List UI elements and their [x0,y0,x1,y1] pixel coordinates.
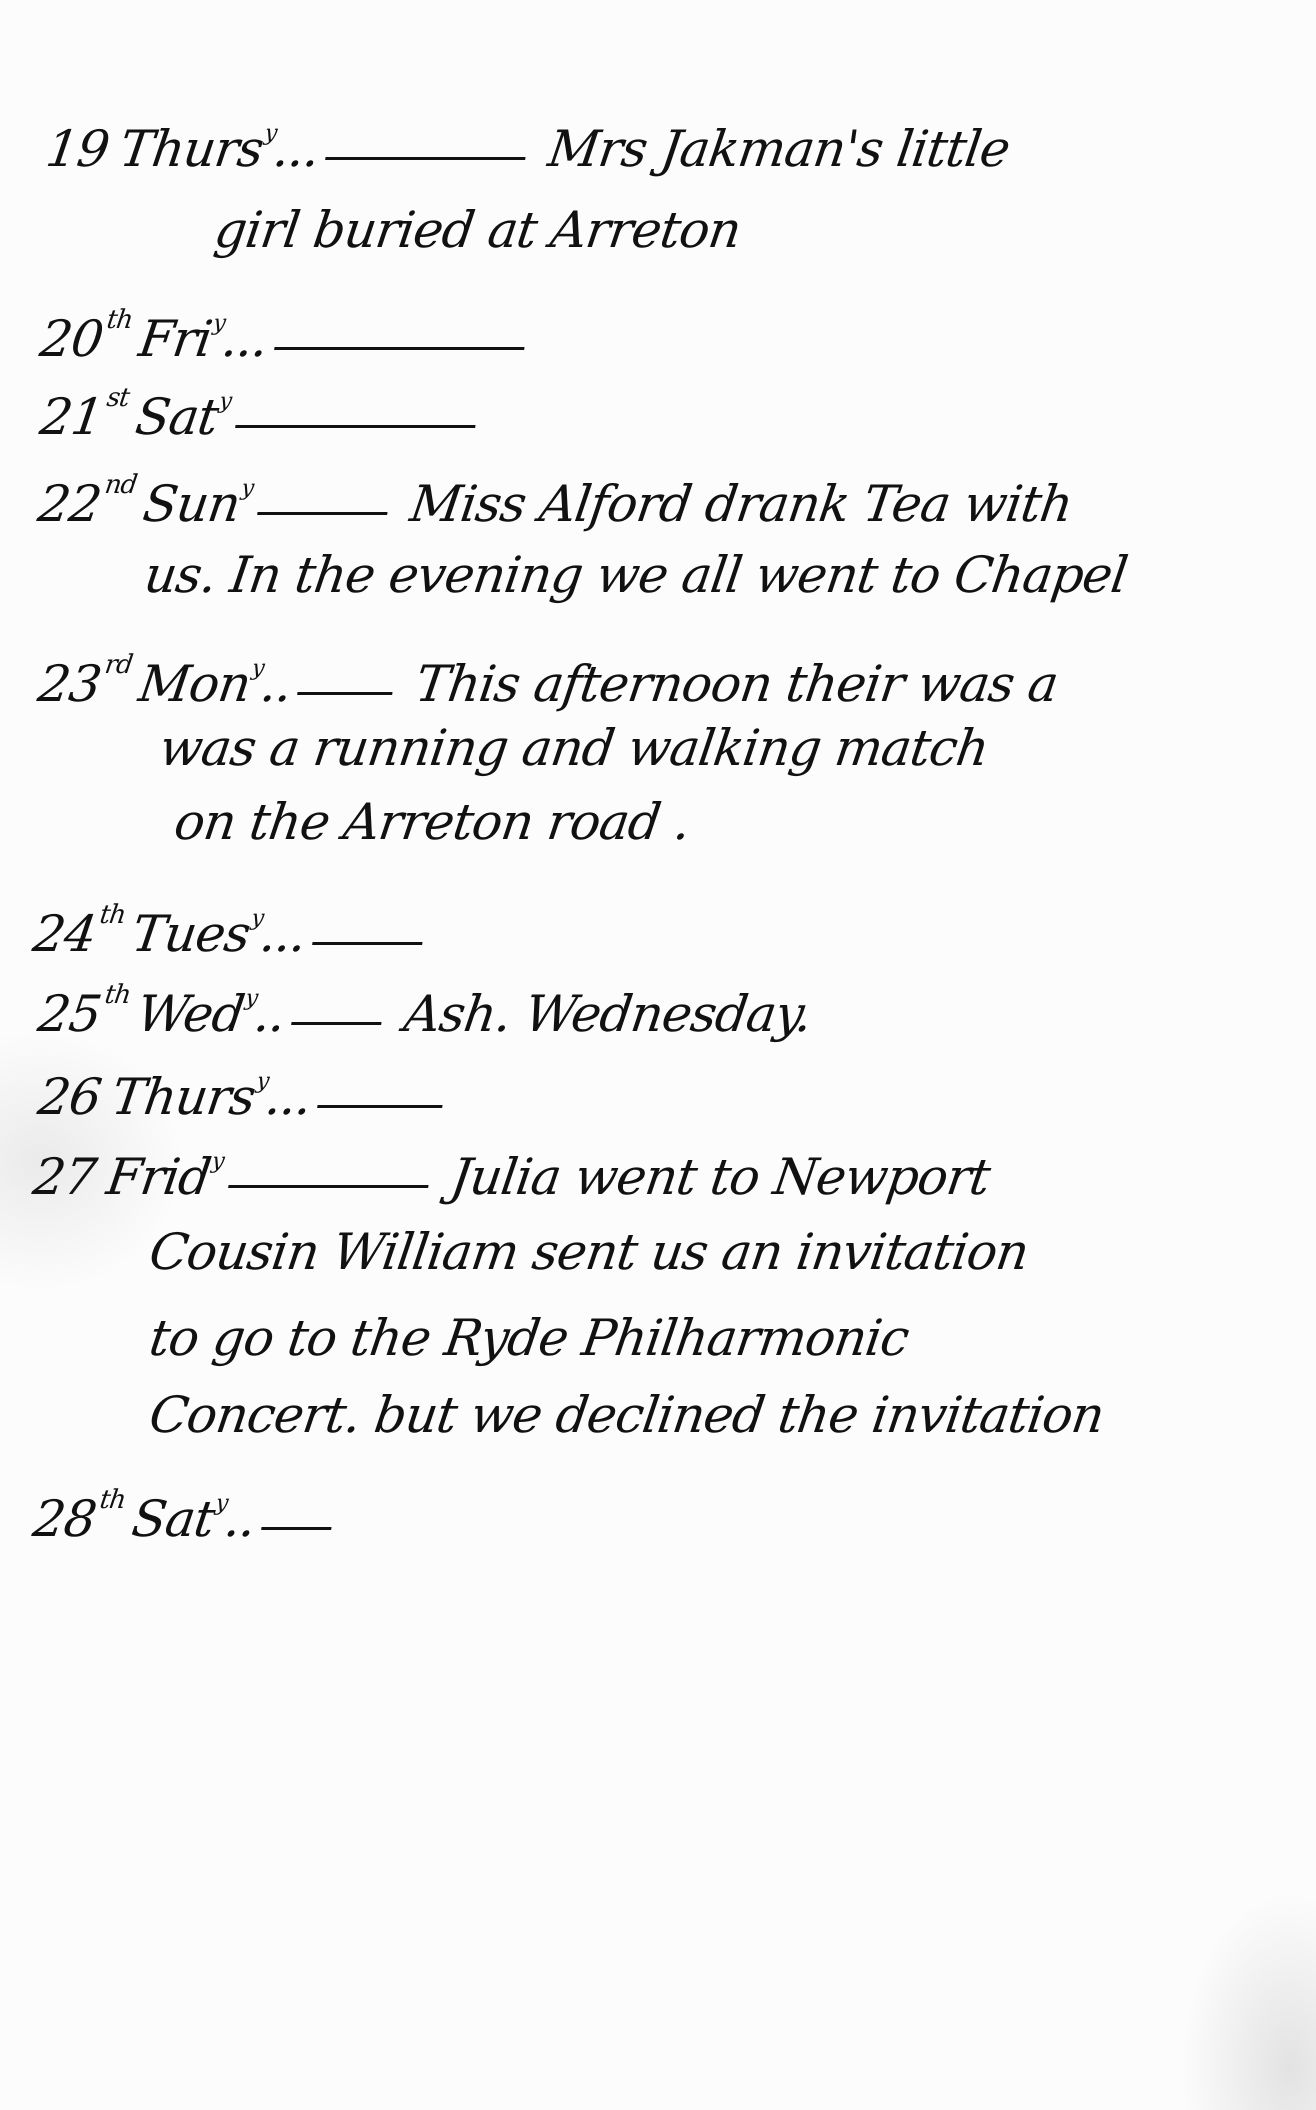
day-suffix: y [244,986,259,1011]
entry-25: 25thWedy..Ash. Wednesday. [34,965,818,1044]
date-number: 21 [37,388,107,446]
entry-text-line: was a running and walking match [156,718,992,778]
entry-23: 23rdMony..This afternoon their was a [34,635,1064,714]
day-name: Wed [133,985,247,1043]
entry-day: Friy... [135,294,273,369]
date-number: 28 [30,1490,100,1548]
date-suffix: th [105,305,134,335]
entry-date: 19 [42,100,117,179]
date-suffix: st [105,383,131,413]
entry-19: 19Thursy...Mrs Jakman's little [42,100,1015,179]
day-suffix: y [263,121,278,146]
entry-22: 22ndSunyMiss Alford drank Tea with [34,455,1078,534]
entry-dash [257,512,387,515]
entry-date: 23rd [34,635,136,714]
date-number: 25 [35,985,105,1043]
entry-date: 21st [36,368,133,447]
entry-dash [274,347,524,350]
entry-day: Saty.. [128,1474,261,1549]
entry-23-continuation-2: on the Arreton road . [171,792,694,852]
entry-27-continuation-2: to go to the Ryde Philharmonic [146,1308,912,1368]
entry-27: 27FridyJulia went to Newport [29,1128,996,1207]
date-number: 20 [37,310,107,368]
day-name: Fri [135,310,215,368]
entry-date: 22nd [34,455,140,534]
day-suffix: y [255,1069,270,1094]
entry-22-continuation: us. In the evening we all went to Chapel [141,545,1131,605]
entry-date: 20th [36,290,136,369]
entry-date: 28th [29,1470,129,1549]
day-name: Sun [140,475,244,533]
entry-text-line: Mrs Jakman's little [545,119,1014,179]
day-suffix: y [218,389,233,414]
day-name: Sat [128,1490,217,1548]
date-number: 24 [30,905,100,963]
entry-dash [261,1527,331,1530]
date-suffix: rd [103,650,134,680]
day-name: Thurs [108,1068,258,1126]
entry-day: Saty [132,372,235,447]
entry-dash [298,692,393,695]
entry-text-line: to go to the Ryde Philharmonic [146,1308,912,1368]
entry-dash [291,1022,381,1025]
entry-text-line: Ash. Wednesday. [400,984,815,1044]
entry-dash [317,1105,442,1108]
entry-day: Thursy... [116,104,325,179]
day-suffix: y [214,1491,229,1516]
entry-27-continuation-1: Cousin William sent us an invitation [146,1222,1032,1282]
entry-date: 24th [29,885,129,964]
entry-date: 25th [34,965,134,1044]
entry-28: 28thSaty.. [29,1470,361,1549]
entry-day: Wedy.. [133,969,291,1044]
date-number: 19 [43,120,113,178]
date-suffix: nd [103,470,139,500]
entry-text-line: Julia went to Newport [447,1147,993,1207]
date-number: 27 [30,1148,100,1206]
entry-23-continuation-1: was a running and walking match [156,718,992,778]
entry-24: 24thTuesy... [29,885,452,964]
date-number: 23 [35,655,105,713]
day-name: Sat [132,388,221,446]
entry-26: 26Thursy... [34,1048,472,1127]
day-suffix: y [212,311,227,336]
date-number: 26 [35,1068,105,1126]
diary-page: 19Thursy...Mrs Jakman's little girl buri… [0,0,1316,2110]
day-suffix: y [250,656,265,681]
entry-day: Suny [139,459,257,534]
entry-date: 26 [34,1048,109,1127]
day-name: Thurs [116,120,266,178]
date-suffix: th [98,900,127,930]
date-suffix: th [98,1485,127,1515]
entry-day: Fridy [103,1132,228,1207]
day-suffix: y [250,906,265,931]
entry-21: 21stSaty [36,368,505,447]
entry-20: 20thFriy... [36,290,554,369]
entry-dash [312,942,422,945]
entry-date: 27 [29,1128,104,1207]
entry-text-line: girl buried at Arreton [211,200,745,260]
day-name: Frid [103,1148,214,1206]
entry-text-line: Concert. but we declined the invitation [146,1385,1108,1445]
entry-day: Tuesy... [128,889,311,964]
entry-day: Mony.. [135,639,297,714]
day-name: Tues [128,905,253,963]
entry-day: Thursy... [108,1052,317,1127]
entry-text-line: This afternoon their was a [412,654,1062,714]
entry-text-line: on the Arreton road . [171,792,694,852]
entry-dash [325,157,525,160]
entry-text-line: us. In the evening we all went to Chapel [141,545,1131,605]
day-name: Mon [135,655,254,713]
entry-text-line: Cousin William sent us an invitation [146,1222,1032,1282]
date-number: 22 [35,475,105,533]
entry-27-continuation-3: Concert. but we declined the invitation [146,1385,1108,1445]
entry-text-line: Miss Alford drank Tea with [407,474,1076,534]
date-suffix: th [103,980,132,1010]
entry-dash [235,425,475,428]
day-suffix: y [240,476,255,501]
entry-19-continuation: girl buried at Arreton [211,200,745,260]
day-suffix: y [210,1149,225,1174]
entry-dash [228,1185,428,1188]
